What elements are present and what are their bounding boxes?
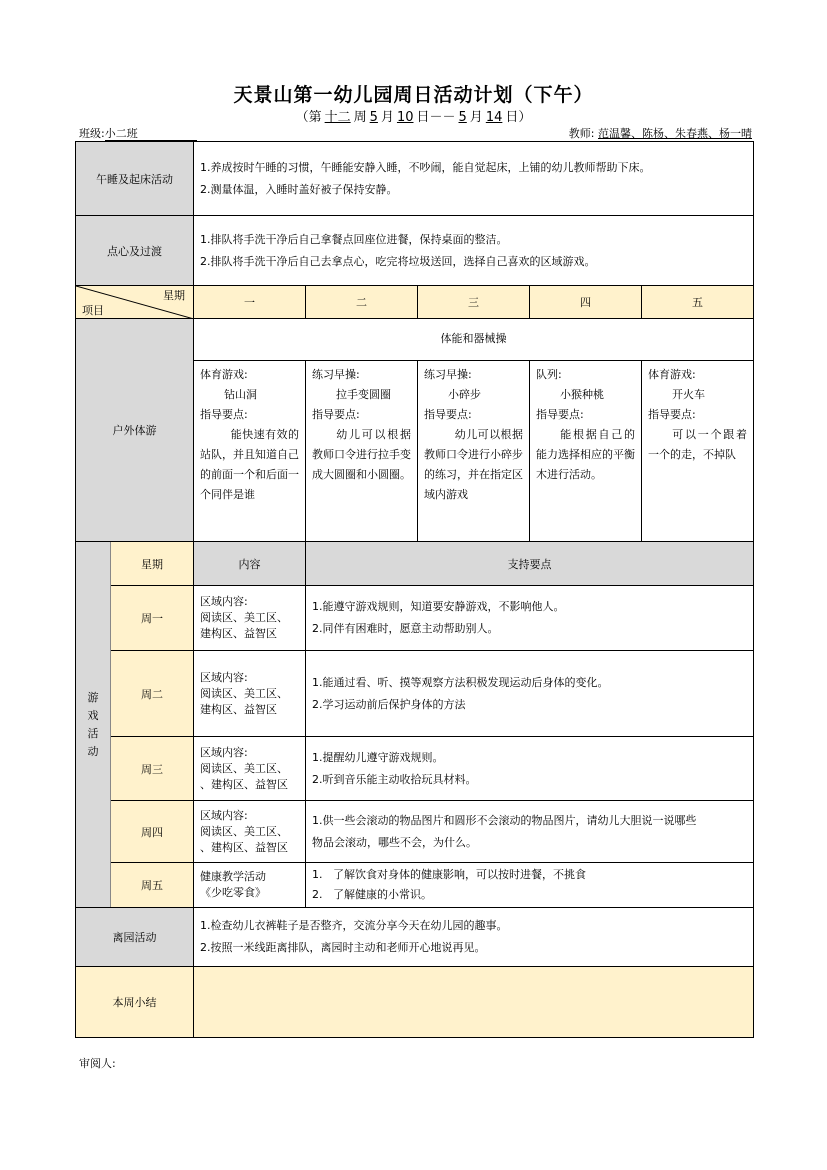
- games-label: 游戏活动: [76, 542, 111, 908]
- content-line: 阅读区、美工区、: [200, 824, 299, 840]
- support-line: 2.听到音乐能主动收拾玩具材料。: [312, 769, 747, 791]
- class-label: 班级:: [79, 127, 105, 140]
- content-line: 区域内容:: [200, 670, 299, 686]
- content-line: 阅读区、美工区、: [200, 761, 299, 777]
- activity-name: 拉手变圆圈: [312, 385, 411, 405]
- games-support: 1.供一些会滚动的物品图片和圆形不会滚动的物品图片，请幼儿大胆说一说哪些 物品会…: [306, 801, 754, 863]
- support-line: 1.供一些会滚动的物品图片和圆形不会滚动的物品图片，请幼儿大胆说一说哪些: [312, 810, 747, 832]
- snack-content: 1.排队将手洗干净后自己拿餐点回座位进餐，保持桌面的整洁。 2.排队将手洗干净后…: [194, 216, 754, 286]
- corner-header: 星期 项目: [76, 286, 194, 319]
- month-label: 月: [381, 110, 394, 125]
- games-label-char: 动: [76, 743, 110, 761]
- end-month-label: 月: [470, 110, 483, 125]
- content-line: 阅读区、美工区、: [200, 610, 299, 626]
- games-col-support: 支持要点: [306, 542, 754, 586]
- corner-item-label: 项目: [82, 302, 104, 318]
- teacher-label: 教师:: [569, 127, 595, 140]
- activity-name: 钻山洞: [200, 385, 299, 405]
- outdoor-label: 户外体游: [76, 319, 194, 542]
- summary-row: 本周小结: [76, 967, 754, 1038]
- activity-plan-table: 午睡及起床活动 1.养成按时午睡的习惯，午睡能安静入睡，不吵闹，能自觉起床，上铺…: [75, 141, 754, 1038]
- games-day: 周三: [111, 737, 194, 801]
- content-line: 建构区、益智区: [200, 626, 299, 642]
- summary-input[interactable]: [194, 967, 754, 1038]
- leave-label: 离园活动: [76, 908, 194, 967]
- support-line: 2. 了解健康的小常识。: [312, 885, 747, 905]
- games-col-day: 星期: [111, 542, 194, 586]
- nap-label: 午睡及起床活动: [76, 142, 194, 216]
- activity-name: 小猴种桃: [536, 385, 635, 405]
- reviewer-label: 审阅人:: [79, 1055, 116, 1071]
- page-title: 天景山第一幼儿园周日活动计划（下午）: [0, 80, 827, 107]
- games-content: 区域内容: 阅读区、美工区、 、建构区、益智区: [194, 737, 306, 801]
- support-line: 1.能遵守游戏规则，知道要安静游戏，不影响他人。: [312, 596, 747, 618]
- content-line: 区域内容:: [200, 745, 299, 761]
- content-line: 阅读区、美工区、: [200, 686, 299, 702]
- games-content: 区域内容: 阅读区、美工区、 建构区、益智区: [194, 651, 306, 737]
- snack-line: 1.排队将手洗干净后自己拿餐点回座位进餐，保持桌面的整洁。: [200, 229, 747, 251]
- nap-content: 1.养成按时午睡的习惯，午睡能安静入睡，不吵闹，能自觉起床，上铺的幼儿教师帮助下…: [194, 142, 754, 216]
- outdoor-theme: 体能和器械操: [194, 319, 754, 361]
- guide-label: 指导要点:: [648, 405, 747, 425]
- snack-row: 点心及过渡 1.排队将手洗干净后自己拿餐点回座位进餐，保持桌面的整洁。 2.排队…: [76, 216, 754, 286]
- games-support: 1. 了解饮食对身体的健康影响，可以按时进餐，不挑食 2. 了解健康的小常识。: [306, 863, 754, 908]
- teacher-info: 教师: 范温馨、陈杨、朱春燕、杨一晴: [569, 125, 752, 141]
- games-day: 周四: [111, 801, 194, 863]
- week-header-row: 星期 项目 一 二 三 四 五: [76, 286, 754, 319]
- games-label-char: 游: [76, 689, 110, 707]
- games-support: 1.能遵守游戏规则，知道要安静游戏，不影响他人。 2.同伴有困难时，愿意主动帮助…: [306, 586, 754, 651]
- nap-line: 2.测量体温，入睡时盖好被子保持安静。: [200, 179, 747, 201]
- guide-label: 指导要点:: [424, 405, 523, 425]
- games-content: 健康教学活动 《少吃零食》: [194, 863, 306, 908]
- support-line: 1.提醒幼儿遵守游戏规则。: [312, 747, 747, 769]
- games-row: 周三 区域内容: 阅读区、美工区、 、建构区、益智区 1.提醒幼儿遵守游戏规则。…: [76, 737, 754, 801]
- leave-content: 1.检查幼儿衣裤鞋子是否整齐，交流分享今天在幼儿园的趣事。 2.按照一米线距离排…: [194, 908, 754, 967]
- day-header: 三: [418, 286, 530, 319]
- day-header: 一: [194, 286, 306, 319]
- guide-text: 可以一个跟着一个的走，不掉队: [648, 425, 747, 465]
- guide-text: 能根据自己的能力选择相应的平衡木进行活动。: [536, 425, 635, 485]
- games-header-row: 游戏活动 星期 内容 支持要点: [76, 542, 754, 586]
- games-col-content: 内容: [194, 542, 306, 586]
- guide-label: 指导要点:: [312, 405, 411, 425]
- week-suffix: 周: [354, 110, 367, 125]
- snack-label: 点心及过渡: [76, 216, 194, 286]
- end-day: 14: [483, 110, 506, 125]
- content-line: 健康教学活动: [200, 869, 299, 885]
- nap-row: 午睡及起床活动 1.养成按时午睡的习惯，午睡能安静入睡，不吵闹，能自觉起床，上铺…: [76, 142, 754, 216]
- activity-type: 体育游戏:: [648, 365, 747, 385]
- support-line: 2.学习运动前后保护身体的方法: [312, 694, 747, 716]
- guide-text: 能快速有效的站队，并且知道自己的前面一个和后面一个同伴是谁: [200, 425, 299, 505]
- summary-label: 本周小结: [76, 967, 194, 1038]
- nap-line: 1.养成按时午睡的习惯，午睡能安静入睡，不吵闹，能自觉起床，上铺的幼儿教师帮助下…: [200, 157, 747, 179]
- guide-label: 指导要点:: [536, 405, 635, 425]
- outdoor-day-cell: 体育游戏: 开火车 指导要点: 可以一个跟着一个的走，不掉队: [642, 361, 754, 542]
- games-row: 周五 健康教学活动 《少吃零食》 1. 了解饮食对身体的健康影响，可以按时进餐，…: [76, 863, 754, 908]
- day-header: 四: [530, 286, 642, 319]
- games-content: 区域内容: 阅读区、美工区、 建构区、益智区: [194, 586, 306, 651]
- content-line: 、建构区、益智区: [200, 840, 299, 856]
- leave-line: 2.按照一米线距离排队，离园时主动和老师开心地说再见。: [200, 937, 747, 959]
- leave-row: 离园活动 1.检查幼儿衣裤鞋子是否整齐，交流分享今天在幼儿园的趣事。 2.按照一…: [76, 908, 754, 967]
- content-line: 《少吃零食》: [200, 885, 299, 901]
- games-content: 区域内容: 阅读区、美工区、 、建构区、益智区: [194, 801, 306, 863]
- day-header: 五: [642, 286, 754, 319]
- outdoor-day-cell: 体育游戏: 钻山洞 指导要点: 能快速有效的站队，并且知道自己的前面一个和后面一…: [194, 361, 306, 542]
- outdoor-day-cell: 练习早操: 拉手变圆圈 指导要点: 幼儿可以根据教师口令进行拉手变成大圆圈和小圆…: [306, 361, 418, 542]
- games-label-char: 戏: [76, 707, 110, 725]
- games-row: 周一 区域内容: 阅读区、美工区、 建构区、益智区 1.能遵守游戏规则，知道要安…: [76, 586, 754, 651]
- support-line: 1. 了解饮食对身体的健康影响，可以按时进餐，不挑食: [312, 865, 747, 885]
- activity-type: 练习早操:: [424, 365, 523, 385]
- class-value: 小二班: [105, 128, 197, 141]
- content-line: 建构区、益智区: [200, 702, 299, 718]
- games-support: 1.提醒幼儿遵守游戏规则。 2.听到音乐能主动收拾玩具材料。: [306, 737, 754, 801]
- teacher-value: 范温馨、陈杨、朱春燕、杨一晴: [598, 127, 752, 140]
- games-row: 周二 区域内容: 阅读区、美工区、 建构区、益智区 1.能通过看、听、摸等观察方…: [76, 651, 754, 737]
- subtitle-suffix: 日）: [505, 110, 531, 125]
- activity-name: 开火车: [648, 385, 747, 405]
- games-day: 周二: [111, 651, 194, 737]
- day-header: 二: [306, 286, 418, 319]
- week-number: 十二: [322, 110, 354, 125]
- date-range: （第十二周5月10日－－5月14日）: [0, 106, 827, 125]
- support-line: 1.能通过看、听、摸等观察方法积极发现运动后身体的变化。: [312, 672, 747, 694]
- support-line: 物品会滚动，哪些不会，为什么。: [312, 832, 747, 854]
- activity-type: 队列:: [536, 365, 635, 385]
- guide-text: 幼儿可以根据教师口令进行小碎步的练习，并在指定区域内游戏: [424, 425, 523, 505]
- leave-line: 1.检查幼儿衣裤鞋子是否整齐，交流分享今天在幼儿园的趣事。: [200, 915, 747, 937]
- outdoor-theme-row: 户外体游 体能和器械操: [76, 319, 754, 361]
- content-line: 、建构区、益智区: [200, 777, 299, 793]
- activity-type: 体育游戏:: [200, 365, 299, 385]
- subtitle-prefix: （第: [296, 110, 322, 125]
- games-day: 周一: [111, 586, 194, 651]
- games-row: 周四 区域内容: 阅读区、美工区、 、建构区、益智区 1.供一些会滚动的物品图片…: [76, 801, 754, 863]
- activity-name: 小碎步: [424, 385, 523, 405]
- outdoor-day-cell: 队列: 小猴种桃 指导要点: 能根据自己的能力选择相应的平衡木进行活动。: [530, 361, 642, 542]
- start-month: 5: [367, 110, 381, 125]
- end-month: 5: [456, 110, 470, 125]
- activity-type: 练习早操:: [312, 365, 411, 385]
- games-support: 1.能通过看、听、摸等观察方法积极发现运动后身体的变化。 2.学习运动前后保护身…: [306, 651, 754, 737]
- support-line: 2.同伴有困难时，愿意主动帮助别人。: [312, 618, 747, 640]
- games-label-char: 活: [76, 725, 110, 743]
- outdoor-day-cell: 练习早操: 小碎步 指导要点: 幼儿可以根据教师口令进行小碎步的练习，并在指定区…: [418, 361, 530, 542]
- guide-label: 指导要点:: [200, 405, 299, 425]
- snack-line: 2.排队将手洗干净后自己去拿点心，吃完将垃圾送回，选择自己喜欢的区域游戏。: [200, 251, 747, 273]
- guide-text: 幼儿可以根据教师口令进行拉手变成大圆圈和小圆圈。: [312, 425, 411, 485]
- start-day: 10: [394, 110, 417, 125]
- games-label-text: 游戏活动: [76, 689, 110, 761]
- content-line: 区域内容:: [200, 594, 299, 610]
- class-info: 班级:小二班: [79, 125, 197, 141]
- corner-weekday-label: 星期: [163, 287, 185, 303]
- games-day: 周五: [111, 863, 194, 908]
- content-line: 区域内容:: [200, 808, 299, 824]
- range-separator: 日－－: [417, 110, 456, 125]
